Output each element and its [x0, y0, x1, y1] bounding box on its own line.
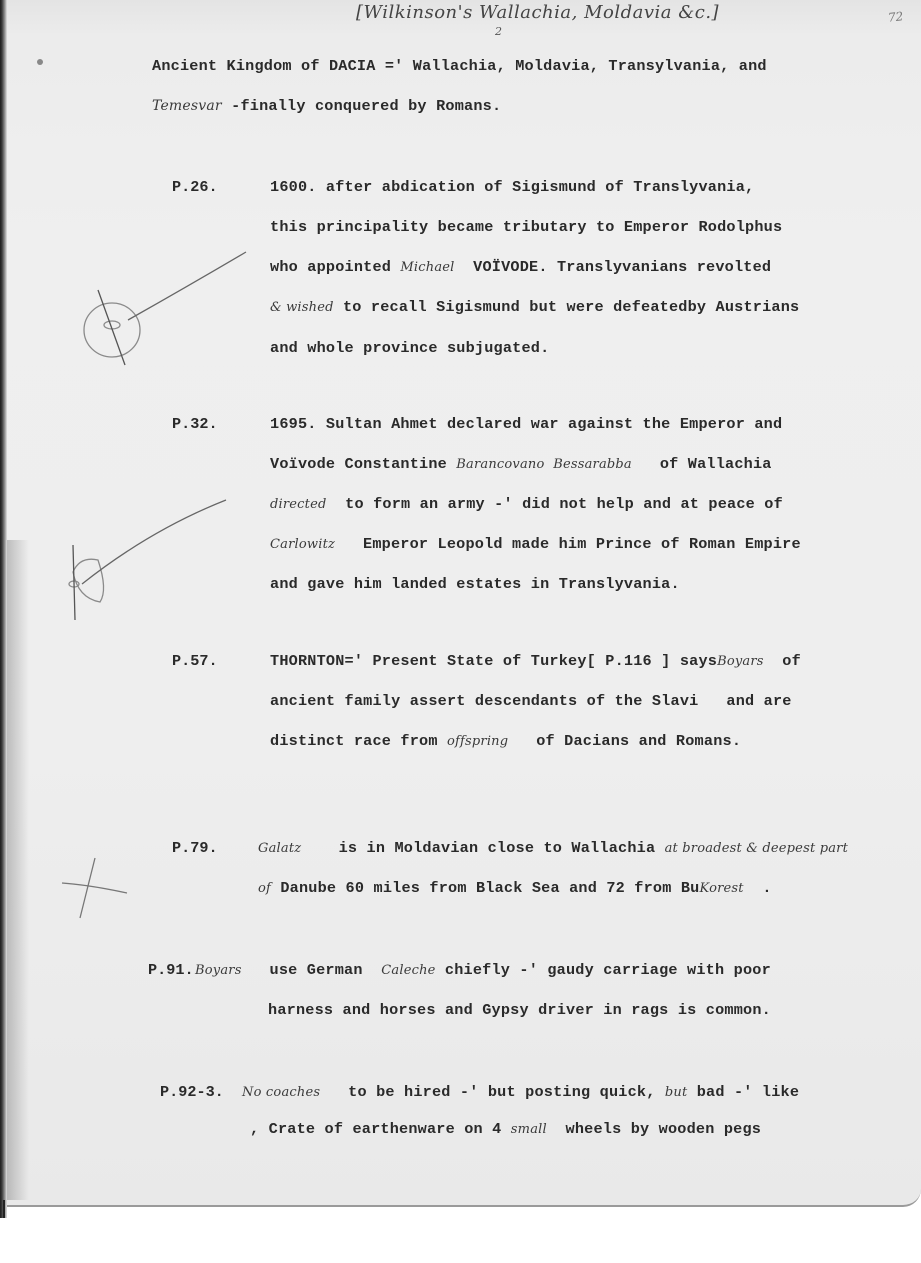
leaf-mark-icon [73, 559, 104, 602]
margin-pencil-marks [0, 0, 921, 1263]
cross-mark-icon [62, 883, 127, 893]
